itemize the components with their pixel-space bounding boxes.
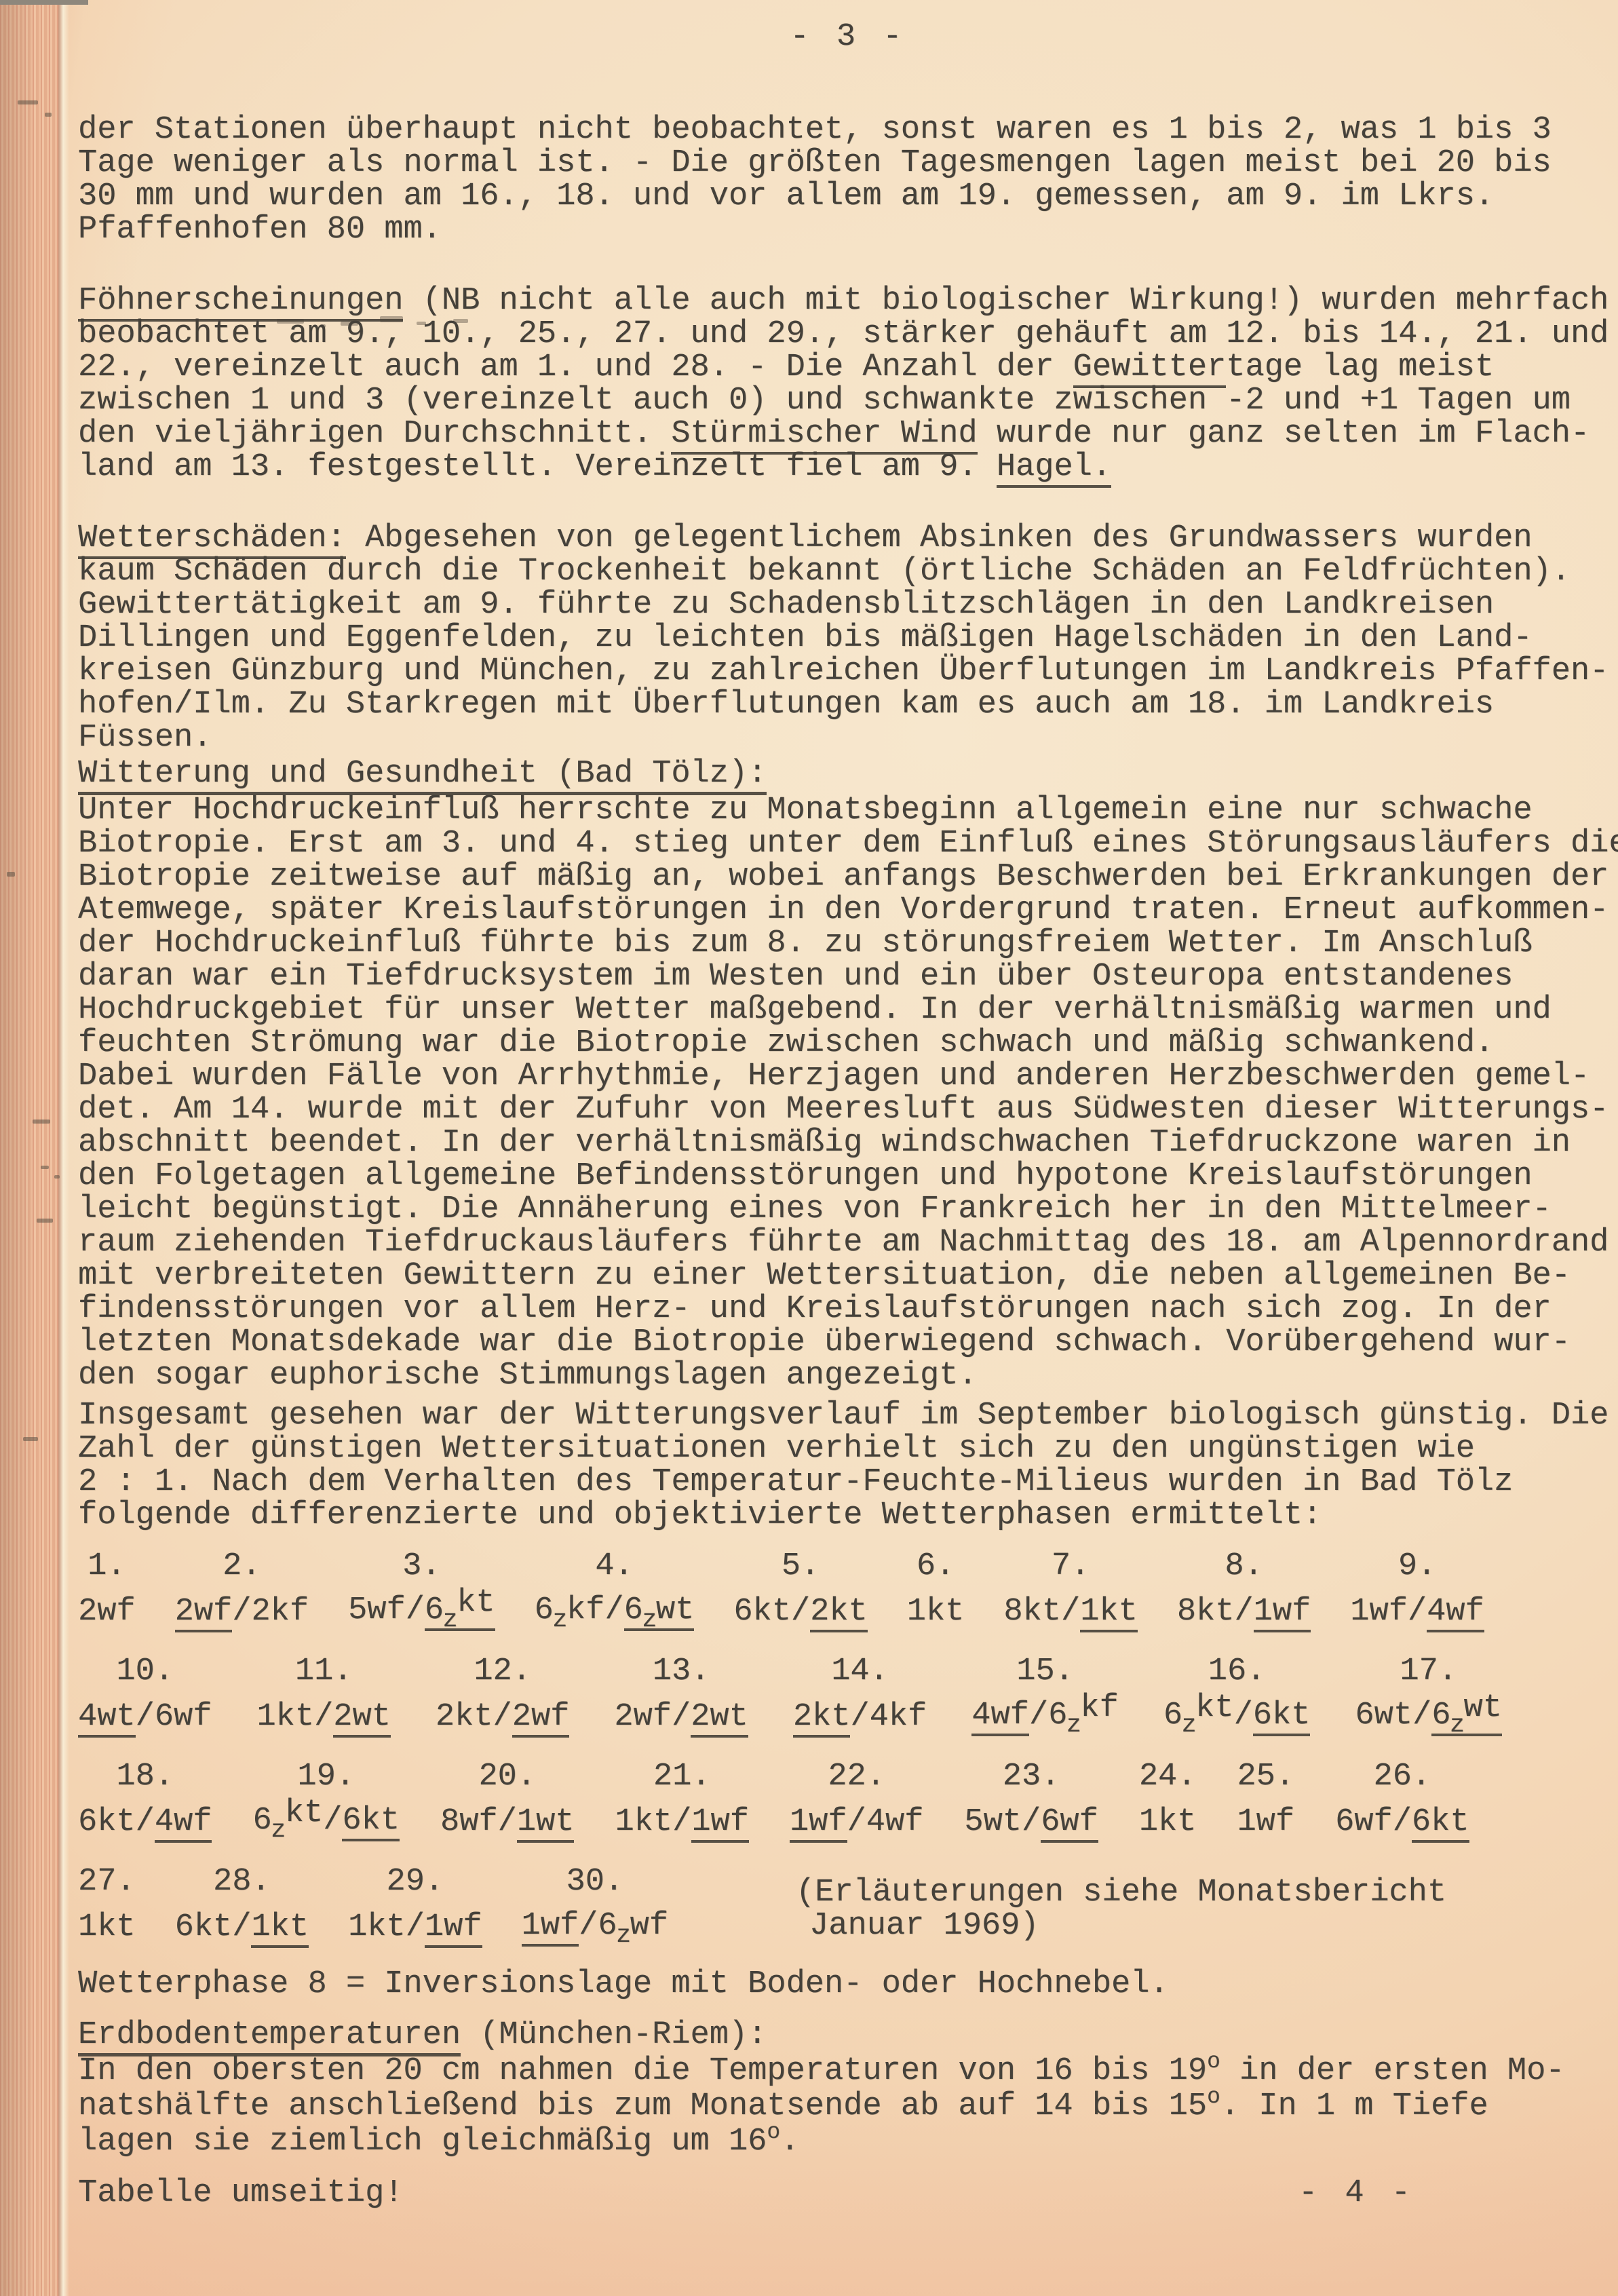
text-line: Tage weniger als normal ist. - Die größt…: [78, 147, 1618, 180]
phase-cell: 5wf/6zkt: [348, 1594, 535, 1637]
text-line: Unter Hochdruckeinfluß herrschte zu Mona…: [78, 794, 1618, 827]
underlined-text: 1wf: [425, 1909, 482, 1948]
underlined-text: Erdbodentemperaturen: [78, 2017, 461, 2056]
text-line: Insgesamt gesehen war der Witterungsverl…: [78, 1399, 1618, 1432]
margin-mark: [45, 113, 52, 117]
text-line: findensstörungen vor allem Herz- und Kre…: [78, 1293, 1618, 1326]
note-line: (Erläuterungen siehe Monatsbericht: [796, 1876, 1446, 1909]
page-edge: [58, 0, 69, 2296]
phase-cell: 8kt/1kt: [1003, 1594, 1176, 1637]
text-line: 22., vereinzelt auch am 1. und 28. - Die…: [78, 351, 1618, 384]
text-line: 30 mm und wurden am 16., 18. und vor all…: [78, 180, 1618, 213]
margin-mark: [18, 100, 38, 104]
paragraph-summary: Insgesamt gesehen war der Witterungsverl…: [78, 1399, 1618, 1532]
phase-cell: 2wf/2wt: [614, 1699, 792, 1742]
underlined-text: 2wt: [691, 1699, 748, 1738]
phase-cell: 6wf/6kt: [1335, 1804, 1509, 1848]
text-line: der Hochdruckeinfluß führte bis zum 8. z…: [78, 927, 1618, 960]
text-line: den vieljährigen Durchschnitt. Stürmisch…: [78, 417, 1618, 451]
underlined-text: Hagel.: [997, 449, 1111, 488]
day-label: 10.: [78, 1655, 256, 1699]
phase-cell: 4wt/6wf: [78, 1699, 256, 1742]
text-line: Füssen.: [78, 721, 1618, 754]
text-line: In den obersten 20 cm nahmen die Tempera…: [78, 2054, 1618, 2090]
underlined-text: 4wf: [971, 1698, 1029, 1736]
phases-group: 18.19.20.21.22.23.24.25.26.6kt/4wf6zkt/6…: [78, 1760, 1510, 1848]
phase-cell: 2wf: [78, 1594, 175, 1637]
paragraph-health: Unter Hochdruckeinfluß herrschte zu Mona…: [78, 794, 1618, 1392]
day-label: 27.: [78, 1865, 175, 1909]
text-line: zwischen 1 und 3 (vereinzelt auch 0) und…: [78, 384, 1618, 417]
phase-cell: 6zkt/6kt: [252, 1804, 440, 1848]
phase-cell: 6kt/1kt: [175, 1909, 348, 1953]
phase-cell: 1wf/4wf: [1350, 1594, 1523, 1637]
text-line: feuchten Strömung war die Biotropie zwis…: [78, 1027, 1618, 1060]
day-label: 6.: [907, 1550, 1004, 1594]
underlined-text: 1wf: [790, 1804, 847, 1843]
day-label: 30.: [522, 1865, 708, 1909]
scan-artifact: [0, 0, 88, 5]
underlined-text: 2kt: [810, 1594, 868, 1632]
phase-cell: 6zkf/6zwt: [535, 1594, 734, 1637]
text-line: raum ziehenden Tiefdruckausläufers führt…: [78, 1226, 1618, 1259]
weather-phase-8-note: Wetterphase 8 = Inversionslage mit Boden…: [78, 1968, 1618, 2001]
phase-cell: 8kt/1wf: [1177, 1594, 1350, 1637]
underlined-text: 6kt: [1253, 1698, 1311, 1736]
underlined-text: 6zwt: [1431, 1698, 1502, 1736]
text-line: leicht begünstigt. Die Annäherung eines …: [78, 1193, 1618, 1226]
margin-mark: [41, 1166, 49, 1169]
phase-cell: 4wf/6zkf: [971, 1699, 1163, 1742]
day-label: 4.: [535, 1550, 734, 1594]
phase-cell: 6zkt/6kt: [1163, 1699, 1355, 1742]
text-line: den Folgetagen allgemeine Befindensstöru…: [78, 1160, 1618, 1193]
paragraph-foehn: Föhnerscheinungen (NB nicht alle auch mi…: [78, 284, 1618, 484]
text-line: Pfaffenhofen 80 mm.: [78, 213, 1618, 246]
phase-cell: 6wt/6zwt: [1355, 1699, 1547, 1742]
text-line: der Stationen überhaupt nicht beobachtet…: [78, 113, 1618, 147]
text-line: Erdbodentemperaturen (München-Riem):: [78, 2018, 1618, 2052]
day-label: 25.: [1237, 1760, 1335, 1804]
text-line: folgende differenzierte und objektiviert…: [78, 1499, 1618, 1532]
text-line: Dabei wurden Fälle von Arrhythmie, Herzj…: [78, 1060, 1618, 1093]
phase-cell: 5wt/6wf: [964, 1804, 1138, 1848]
day-label: 2.: [175, 1550, 348, 1594]
text-line: letzten Monatsdekade war die Biotropie ü…: [78, 1326, 1618, 1359]
underlined-text: 2wf: [512, 1699, 570, 1738]
paragraph-soil-temperatures: In den obersten 20 cm nahmen die Tempera…: [78, 2054, 1618, 2160]
typewritten-content: - 3 - der Stationen überhaupt nicht beob…: [78, 0, 1618, 2210]
text-line: hofen/Ilm. Zu Starkregen mit Überflutung…: [78, 688, 1618, 721]
text-line: den sogar euphorische Stimmungslagen ang…: [78, 1359, 1618, 1392]
day-label: 18.: [78, 1760, 252, 1804]
underlined-text: 1kt: [1080, 1594, 1138, 1632]
footer-row: Tabelle umseitig! - 4 -: [78, 2177, 1618, 2210]
day-label: 8.: [1177, 1550, 1350, 1594]
margin-mark: [33, 1120, 50, 1124]
underlined-text: 1wf: [691, 1804, 749, 1843]
text-line: Wetterphase 8 = Inversionslage mit Boden…: [78, 1968, 1618, 2001]
text-line: mit verbreiteten Gewittern zu einer Wett…: [78, 1259, 1618, 1293]
day-label: 11.: [256, 1655, 435, 1699]
underlined-text: 4wt: [78, 1699, 136, 1738]
margin-mark: [54, 1175, 60, 1179]
phase-cell: 1wf/6zwf: [522, 1909, 708, 1953]
day-label: 5.: [733, 1550, 906, 1594]
day-label: 28.: [175, 1865, 348, 1909]
day-label: 3.: [348, 1550, 535, 1594]
margin-mark: [7, 872, 15, 877]
underlined-text: 6kt: [1412, 1804, 1469, 1843]
note-line: Januar 1969): [796, 1909, 1446, 1943]
text-line: 2 : 1. Nach dem Verhalten des Temperatur…: [78, 1466, 1618, 1499]
day-label: 17.: [1355, 1655, 1547, 1699]
text-line: Gewittertätigkeit am 9. führte zu Schade…: [78, 588, 1618, 621]
text-line: lagen sie ziemlich gleichmäßig um 16o.: [78, 2125, 1618, 2160]
text-line: Zahl der günstigen Wettersituationen ver…: [78, 1432, 1618, 1466]
phase-cell: 1wf/4wf: [790, 1804, 964, 1848]
text-line: Hochdruckgebiet für unser Wetter maßgebe…: [78, 993, 1618, 1027]
underlined-text: 6kt: [342, 1803, 400, 1841]
text-line: Biotropie. Erst am 3. und 4. stieg unter…: [78, 827, 1618, 860]
day-label: 23.: [964, 1760, 1138, 1804]
day-label: 20.: [440, 1760, 615, 1804]
day-label: 14.: [793, 1655, 971, 1699]
heading-weather-and-health: Witterung und Gesundheit (Bad Tölz):: [78, 757, 1618, 790]
text-line: kaum Schäden durch die Trockenheit bekan…: [78, 555, 1618, 588]
underlined-text: 1kt: [251, 1909, 309, 1948]
text-line: Dillingen und Eggenfelden, zu leichten b…: [78, 621, 1618, 655]
phase-cell: 2wf/2kf: [175, 1594, 348, 1637]
margin-mark: [37, 1219, 53, 1223]
phase-cell: 6kt/2kt: [733, 1594, 906, 1637]
underlined-text: 6zwt: [624, 1592, 695, 1631]
day-label: 29.: [348, 1865, 521, 1909]
underlined-text: 2wt: [333, 1699, 391, 1738]
underlined-text: 4wf: [1427, 1594, 1484, 1632]
page-number-bottom: - 4 -: [1298, 2177, 1618, 2210]
day-label: 26.: [1335, 1760, 1509, 1804]
text-line: Atemwege, später Kreislaufstörungen in d…: [78, 894, 1618, 927]
phase-cell: 1kt/1wf: [348, 1909, 521, 1953]
phase-cell: 1kt: [1139, 1804, 1237, 1848]
phases-group: 10.11.12.13.14.15.16.17.4wt/6wf1kt/2wt2k…: [78, 1655, 1547, 1742]
underlined-text: 6wf: [1041, 1804, 1098, 1843]
underlined-text: 1wf: [522, 1908, 579, 1947]
text-line: beobachtet am 9., 10., 25., 27. und 29.,…: [78, 318, 1618, 351]
day-label: 15.: [971, 1655, 1163, 1699]
phase-cell: 1kt/2wt: [256, 1699, 435, 1742]
document-page: - 3 - der Stationen überhaupt nicht beob…: [0, 0, 1618, 2296]
text-line: daran war ein Tiefdrucksystem im Westen …: [78, 960, 1618, 993]
day-label: 19.: [252, 1760, 440, 1804]
underlined-text: 1wt: [517, 1804, 575, 1843]
paragraph-precipitation: der Stationen überhaupt nicht beobachtet…: [78, 113, 1618, 246]
phase-cell: 1kt: [907, 1594, 1004, 1637]
page-number-top: - 3 -: [78, 20, 1618, 54]
phase-cell: 6kt/4wf: [78, 1804, 252, 1848]
text-line: abschnitt beendet. In der verhältnismäßi…: [78, 1126, 1618, 1160]
day-label: 21.: [615, 1760, 789, 1804]
phase-cell: 1kt/1wf: [615, 1804, 789, 1848]
footer-note: Tabelle umseitig!: [78, 2177, 403, 2210]
text-line: Wetterschäden: Abgesehen von gelegentlic…: [78, 522, 1618, 555]
underlined-text: 1wf: [1254, 1594, 1311, 1632]
text-line: det. Am 14. wurde mit der Zufuhr von Mee…: [78, 1093, 1618, 1126]
underlined-text: Witterung und Gesundheit (Bad Tölz):: [78, 756, 767, 795]
phase-cell: 1wf: [1237, 1804, 1335, 1848]
book-binding-edge: [0, 0, 58, 2296]
day-label: 1.: [78, 1550, 175, 1594]
explanation-note: (Erläuterungen siehe MonatsberichtJanuar…: [708, 1865, 1446, 1953]
underlined-text: 4wf: [155, 1804, 212, 1843]
underlined-text: 2kt: [793, 1699, 851, 1738]
text-line: Biotropie zeitweise auf mäßig an, wobei …: [78, 860, 1618, 894]
underlined-text: 2wf: [175, 1594, 233, 1632]
day-label: 9.: [1350, 1550, 1523, 1594]
phases-group: 1.2.3.4.5.6.7.8.9.2wf2wf/2kf5wf/6zkt6zkf…: [78, 1550, 1524, 1637]
margin-mark: [23, 1437, 38, 1441]
text-line: Witterung und Gesundheit (Bad Tölz):: [78, 757, 1618, 790]
phases-group: 27.28.29.30.(Erläuterungen siehe Monatsb…: [78, 1865, 1446, 1953]
phase-cell: 8wf/1wt: [440, 1804, 615, 1848]
phase-cell: 2kt/2wf: [436, 1699, 614, 1742]
text-line: natshälfte anschließend bis zum Monatsen…: [78, 2090, 1618, 2125]
day-label: 13.: [614, 1655, 792, 1699]
day-label: 16.: [1163, 1655, 1355, 1699]
day-label: 12.: [436, 1655, 614, 1699]
heading-soil-temperatures: Erdbodentemperaturen (München-Riem):: [78, 2018, 1618, 2052]
day-label: 24.: [1139, 1760, 1237, 1804]
weather-phases-table: 1.2.3.4.5.6.7.8.9.2wf2wf/2kf5wf/6zkt6zkf…: [78, 1550, 1618, 1953]
day-label: 22.: [790, 1760, 964, 1804]
paragraph-weather-damage: Wetterschäden: Abgesehen von gelegentlic…: [78, 522, 1618, 754]
text-line: kreisen Günzburg und München, zu zahlrei…: [78, 655, 1618, 688]
phase-cell: 2kt/4kf: [793, 1699, 971, 1742]
text-line: Föhnerscheinungen (NB nicht alle auch mi…: [78, 284, 1618, 318]
text-line: land am 13. festgestellt. Vereinzelt fie…: [78, 451, 1618, 484]
day-label: 7.: [1003, 1550, 1176, 1594]
phase-cell: 1kt: [78, 1909, 175, 1953]
underlined-text: 6zkt: [425, 1592, 495, 1631]
